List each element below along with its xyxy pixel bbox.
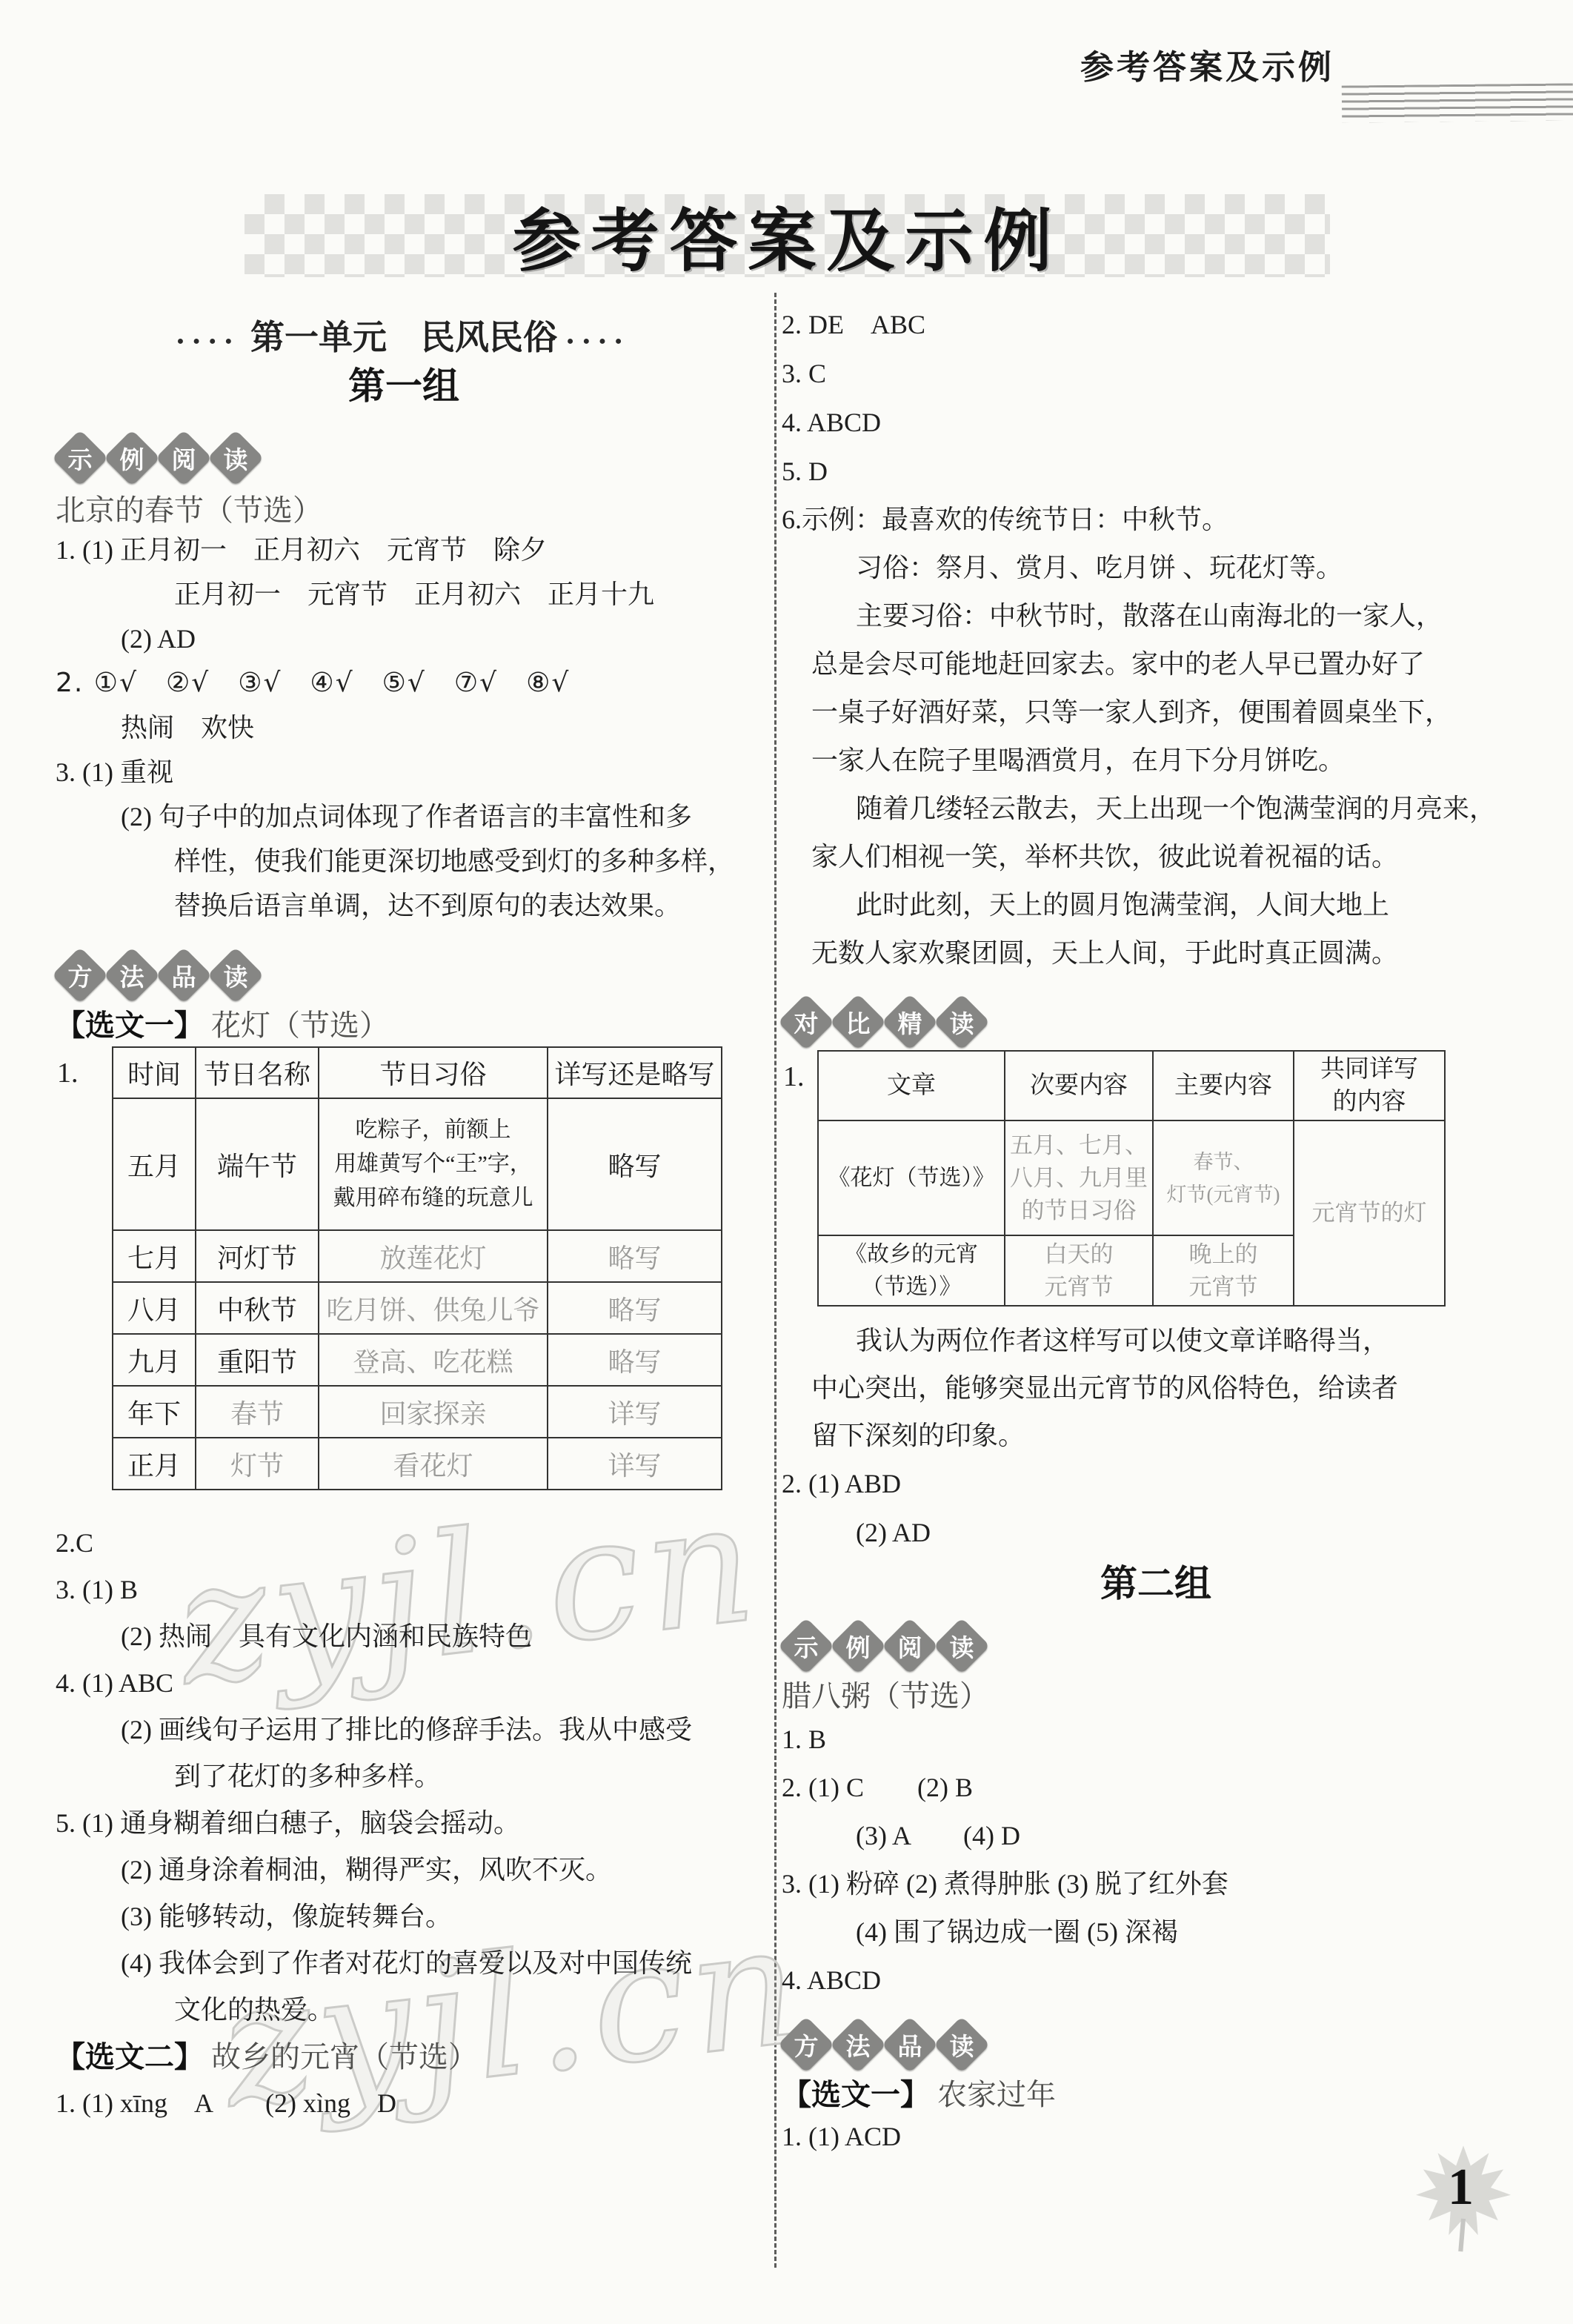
answer-line: 4. (1) ABC: [56, 1660, 752, 1707]
column-header: 节日名称: [196, 1047, 319, 1098]
table-cell: 《花灯（节选）》: [818, 1120, 1005, 1235]
table-header-row: 文章 次要内容 主要内容 共同详写 的内容: [818, 1051, 1445, 1120]
table-cell: 《故乡的元宵 （节选）》: [818, 1235, 1005, 1306]
table-cell-answer: 放莲花灯: [319, 1230, 548, 1282]
paragraph-line: 留下深刻的印象。: [782, 1412, 1530, 1459]
answer-line: 2. (1) ABD: [782, 1459, 1530, 1508]
table-row: 五月 端午节 吃粽子，前额上 用雄黄写个“王”字， 戴用碎布缝的玩意儿 略写: [113, 1098, 722, 1230]
corner-header: 参考答案及示例: [1080, 40, 1334, 88]
paragraph-line: 主要习俗：中秋节时，散落在山南海北的一家人，: [782, 592, 1530, 640]
comparison-table-block: 1. 文章 次要内容 主要内容 共同详写 的内容 《花灯（节选）》 五月、七月、…: [782, 1050, 1530, 1307]
paragraph-line: 家人们相视一笑，举杯共饮，彼此说着祝福的话。: [782, 833, 1530, 881]
page-number: 1: [1448, 2158, 1474, 2217]
table-cell-answer: 略写: [548, 1334, 722, 1386]
table-cell: 河灯节: [196, 1230, 319, 1282]
answer-line: (2) 画线句子运用了排比的修辞手法。我从中感受: [56, 1707, 752, 1753]
badge-char: 法: [846, 2028, 871, 2062]
diamond-badge-icon: 法: [104, 947, 160, 1003]
answer-line: (2) 热闹 具有文化内涵和民族特色: [56, 1613, 752, 1660]
diamond-badge-icon: 示: [52, 430, 108, 486]
diamond-badge-icon: 品: [156, 947, 212, 1003]
answer-line: 3. C: [782, 349, 1530, 398]
paragraph-line: 总是会尽可能地赶回家去。家中的老人早已置办好了: [782, 640, 1530, 688]
diamond-badge-icon: 品: [882, 2016, 938, 2073]
diamond-badge-icon: 阅: [882, 1618, 938, 1674]
table-cell-answer: 晚上的 元宵节: [1153, 1235, 1294, 1306]
selection-label: 【选文一】: [782, 2078, 930, 2111]
left-column: ●●●● 第一单元 民风民俗 ●●●● 第一组 示 例 阅 读 北京的春节（节选…: [56, 311, 752, 2127]
column-header: 主要内容: [1153, 1051, 1294, 1120]
badge-char: 示: [794, 1629, 819, 1664]
badge-char: 读: [224, 441, 248, 476]
table-cell: 中秋节: [196, 1282, 319, 1334]
answer-line: (3) 能够转动，像旋转舞台。: [56, 1893, 752, 1940]
badge-char: 例: [120, 441, 144, 476]
diamond-badge-icon: 方: [778, 2016, 834, 2073]
reading-title: 腊八粥（节选）: [782, 1677, 1530, 1716]
answer-line: 文化的热爱。: [56, 1987, 752, 2033]
answer-line: (4) 我体会到了作者对花灯的喜爱以及对中国传统: [56, 1940, 752, 1987]
badge-char: 读: [950, 1629, 974, 1664]
diamond-badge-icon: 读: [207, 947, 264, 1003]
paragraph-line: 习俗：祭月、赏月、吃月饼 、玩花灯等。: [782, 544, 1530, 592]
selection-title-2: 【选文二】 故乡的元宵（节选）: [56, 2033, 752, 2080]
table-cell: 正月: [113, 1438, 196, 1490]
answer-line: 热闹 欢快: [56, 705, 752, 750]
unit-header: ●●●● 第一单元 民风民俗 ●●●●: [56, 311, 752, 363]
badge-char: 对: [794, 1005, 819, 1040]
answer-line: 3. (1) B: [56, 1567, 752, 1613]
dots-decoration: ●●●●: [177, 335, 242, 348]
table-cell-answer: 详写: [548, 1386, 722, 1438]
table-cell: 重阳节: [196, 1334, 319, 1386]
table-cell: 年下: [113, 1386, 196, 1438]
table-row: 八月 中秋节 吃月饼、供兔儿爷 略写: [113, 1282, 722, 1334]
diamond-badge-icon: 阅: [156, 430, 212, 486]
table-row: 九月 重阳节 登高、吃花糕 略写: [113, 1334, 722, 1386]
diamond-badge-icon: 读: [934, 1618, 990, 1674]
answer-line: 4. ABCD: [782, 398, 1530, 447]
table-cell: 端午节: [196, 1098, 319, 1230]
group-title-1: 第一组: [56, 363, 752, 409]
paragraph-line: 此时此刻，天上的圆月饱满莹润，人间大地上: [782, 881, 1530, 929]
table-item-number: 1.: [57, 1057, 79, 1089]
page-title: 参考答案及示例: [512, 187, 1062, 285]
badge-char: 阅: [898, 1629, 922, 1664]
table-cell-answer: 春节、 灯节(元宵节): [1153, 1120, 1294, 1235]
paragraph-line: 一桌子好酒好菜，只等一家人到齐，便围着圆桌坐下，: [782, 688, 1530, 737]
selection-name: 故乡的元宵（节选）: [211, 2040, 478, 2074]
selection-name: 农家过年: [937, 2078, 1056, 2111]
diamond-badge-icon: 方: [52, 947, 108, 1003]
diamond-badge-icon: 示: [778, 1618, 834, 1674]
diamond-badge-icon: 法: [830, 2016, 886, 2073]
column-divider: [774, 293, 776, 2268]
paragraph-line: 6.示例：最喜欢的传统节日：中秋节。: [782, 496, 1530, 544]
selection-label: 【选文二】: [56, 2040, 204, 2074]
table-cell-answer: 吃月饼、供兔儿爷: [319, 1282, 548, 1334]
column-header: 时间: [113, 1047, 196, 1098]
answer-line: (2) 通身涂着桐油，糊得严实，风吹不灭。: [56, 1847, 752, 1893]
paragraph-line: 随着几缕轻云散去，天上出现一个饱满莹润的月亮来，: [782, 785, 1530, 833]
paragraph-line: 无数人家欢聚团圆，天上人间，于此时真正圆满。: [782, 929, 1530, 977]
diamond-badge-icon: 精: [882, 994, 938, 1050]
answer-line: 2.C: [56, 1520, 752, 1567]
table-cell: 九月: [113, 1334, 196, 1386]
diamond-badge-icon: 例: [830, 1618, 886, 1674]
badge-fangfa-pindu: 方 法 品 读: [56, 947, 752, 1003]
badge-char: 品: [898, 2028, 922, 2062]
decorative-lines-icon: [1342, 83, 1573, 122]
answer-line: 样性，使我们能更深切地感受到灯的多种多样，: [56, 839, 752, 883]
right-column: 2. DE ABC 3. C 4. ABCD 5. D 6.示例：最喜欢的传统节…: [782, 300, 1530, 2160]
diamond-badge-icon: 比: [830, 994, 886, 1050]
festival-table: 时间 节日名称 节日习俗 详写还是略写 五月 端午节 吃粽子，前额上 用雄黄写个…: [112, 1046, 722, 1490]
table-cell: 五月: [113, 1098, 196, 1230]
diamond-badge-icon: 读: [934, 994, 990, 1050]
table-cell: 八月: [113, 1282, 196, 1334]
table-cell-answer: 登高、吃花糕: [319, 1334, 548, 1386]
column-header: 详写还是略写: [548, 1047, 722, 1098]
badge-duibi-jingdu: 对 比 精 读: [782, 994, 1530, 1050]
answer-line: 1. (1) 正月初一 正月初六 元宵节 除夕: [56, 528, 752, 572]
column-header: 节日习俗: [319, 1047, 548, 1098]
answer-line: (2) 句子中的加点词体现了作者语言的丰富性和多: [56, 794, 752, 839]
answer-line: 5. (1) 通身糊着细白穗子，脑袋会摇动。: [56, 1800, 752, 1847]
table-item-number: 1.: [783, 1060, 805, 1093]
column-header: 共同详写 的内容: [1294, 1051, 1445, 1120]
answer-line: 4. ABCD: [782, 1956, 1530, 2005]
selection-title-1: 【选文一】 农家过年: [782, 2077, 1530, 2113]
unit-title: 第一单元 民风民俗: [250, 318, 557, 356]
answer-line: 正月初一 元宵节 正月初六 正月十九: [56, 572, 752, 617]
reading-title: 北京的春节（节选）: [56, 494, 752, 528]
selection-name: 花灯（节选）: [211, 1009, 389, 1042]
answer-line-pinyin: 1. (1) xīng A (2) xìng D: [56, 2080, 752, 2127]
table-row: 《花灯（节选）》 五月、七月、 八月、九月里 的节日习俗 春节、 灯节(元宵节)…: [818, 1120, 1445, 1235]
badge-char: 方: [794, 2028, 819, 2062]
answer-line: 3. (1) 重视: [56, 750, 752, 794]
badge-shili-yuedu: 示 例 阅 读: [56, 430, 752, 486]
table-cell-answer: 元宵节的灯: [1294, 1120, 1445, 1306]
table-cell-answer: 看花灯: [319, 1438, 548, 1490]
diamond-badge-icon: 对: [778, 994, 834, 1050]
badge-char: 读: [224, 958, 248, 993]
table-cell: 吃粽子，前额上 用雄黄写个“王”字， 戴用碎布缝的玩意儿: [319, 1098, 548, 1230]
answer-key-page: 参考答案及示例 参考答案及示例 zyjl.cn zyjl.cn ●●●● 第一单…: [0, 0, 1573, 2324]
badge-char: 阅: [172, 441, 196, 476]
table-cell-answer: 详写: [548, 1438, 722, 1490]
badge-char: 方: [68, 958, 93, 993]
badge-shili-yuedu: 示 例 阅 读: [782, 1618, 1530, 1674]
diamond-badge-icon: 例: [104, 430, 160, 486]
badge-char: 法: [120, 958, 144, 993]
answer-line: 2. DE ABC: [782, 300, 1530, 349]
table-cell: 略写: [548, 1098, 722, 1230]
column-header: 文章: [818, 1051, 1005, 1120]
badge-char: 精: [898, 1005, 922, 1040]
table-row: 正月 灯节 看花灯 详写: [113, 1438, 722, 1490]
table-cell-answer: 略写: [548, 1282, 722, 1334]
paragraph-line: 一家人在院子里喝酒赏月，在月下分月饼吃。: [782, 737, 1530, 785]
page-number-block: 1: [1408, 2140, 1526, 2266]
answer-line: (2) AD: [56, 617, 752, 661]
answer-line: 1. B: [782, 1716, 1530, 1764]
table-row: 年下 春节 回家探亲 详写: [113, 1386, 722, 1438]
column-header: 次要内容: [1005, 1051, 1153, 1120]
table-cell-answer: 春节: [196, 1386, 319, 1438]
badge-char: 读: [950, 1005, 974, 1040]
selection-title-1: 【选文一】 花灯（节选）: [56, 1008, 752, 1043]
festival-table-block: 1. 时间 节日名称 节日习俗 详写还是略写 五月 端午节 吃粽子，前额上 用雄…: [56, 1046, 752, 1490]
diamond-badge-icon: 读: [207, 430, 264, 486]
table-header-row: 时间 节日名称 节日习俗 详写还是略写: [113, 1047, 722, 1098]
answer-line: 替换后语言单调，达不到原句的表达效果。: [56, 883, 752, 928]
answer-line: 5. D: [782, 447, 1530, 496]
table-cell-answer: 略写: [548, 1230, 722, 1282]
badge-fangfa-pindu: 方 法 品 读: [782, 2016, 1530, 2073]
group-title-2: 第二组: [782, 1557, 1530, 1610]
paragraph-line: 我认为两位作者这样写可以使文章详略得当，: [782, 1317, 1530, 1364]
badge-char: 品: [172, 958, 196, 993]
dots-decoration: ●●●●: [567, 335, 631, 348]
table-cell: 七月: [113, 1230, 196, 1282]
comparison-table: 文章 次要内容 主要内容 共同详写 的内容 《花灯（节选）》 五月、七月、 八月…: [817, 1050, 1446, 1307]
table-row: 七月 河灯节 放莲花灯 略写: [113, 1230, 722, 1282]
answer-line: (3) A (4) D: [782, 1812, 1530, 1860]
answer-line: 2. (1) C (2) B: [782, 1764, 1530, 1812]
table-cell-answer: 回家探亲: [319, 1386, 548, 1438]
table-cell-answer: 灯节: [196, 1438, 319, 1490]
diamond-badge-icon: 读: [934, 2016, 990, 2073]
title-band: 参考答案及示例: [245, 194, 1330, 277]
badge-char: 比: [846, 1005, 871, 1040]
answer-line: 3. (1) 粉碎 (2) 煮得肿胀 (3) 脱了红外套: [782, 1860, 1530, 1908]
badge-char: 读: [950, 2028, 974, 2062]
table-cell-answer: 白天的 元宵节: [1005, 1235, 1153, 1306]
answer-line-checkmarks: 2. ①√ ②√ ③√ ④√ ⑤√ ⑦√ ⑧√: [56, 661, 752, 705]
selection-label: 【选文一】: [56, 1009, 204, 1042]
badge-char: 例: [846, 1629, 871, 1664]
table-cell-answer: 五月、七月、 八月、九月里 的节日习俗: [1005, 1120, 1153, 1235]
answer-line: (4) 围了锅边成一圈 (5) 深褐: [782, 1908, 1530, 1956]
answer-line: 到了花灯的多种多样。: [56, 1753, 752, 1800]
badge-char: 示: [68, 441, 93, 476]
answer-line: (2) AD: [782, 1508, 1530, 1557]
paragraph-line: 中心突出，能够突显出元宵节的风俗特色，给读者: [782, 1364, 1530, 1412]
